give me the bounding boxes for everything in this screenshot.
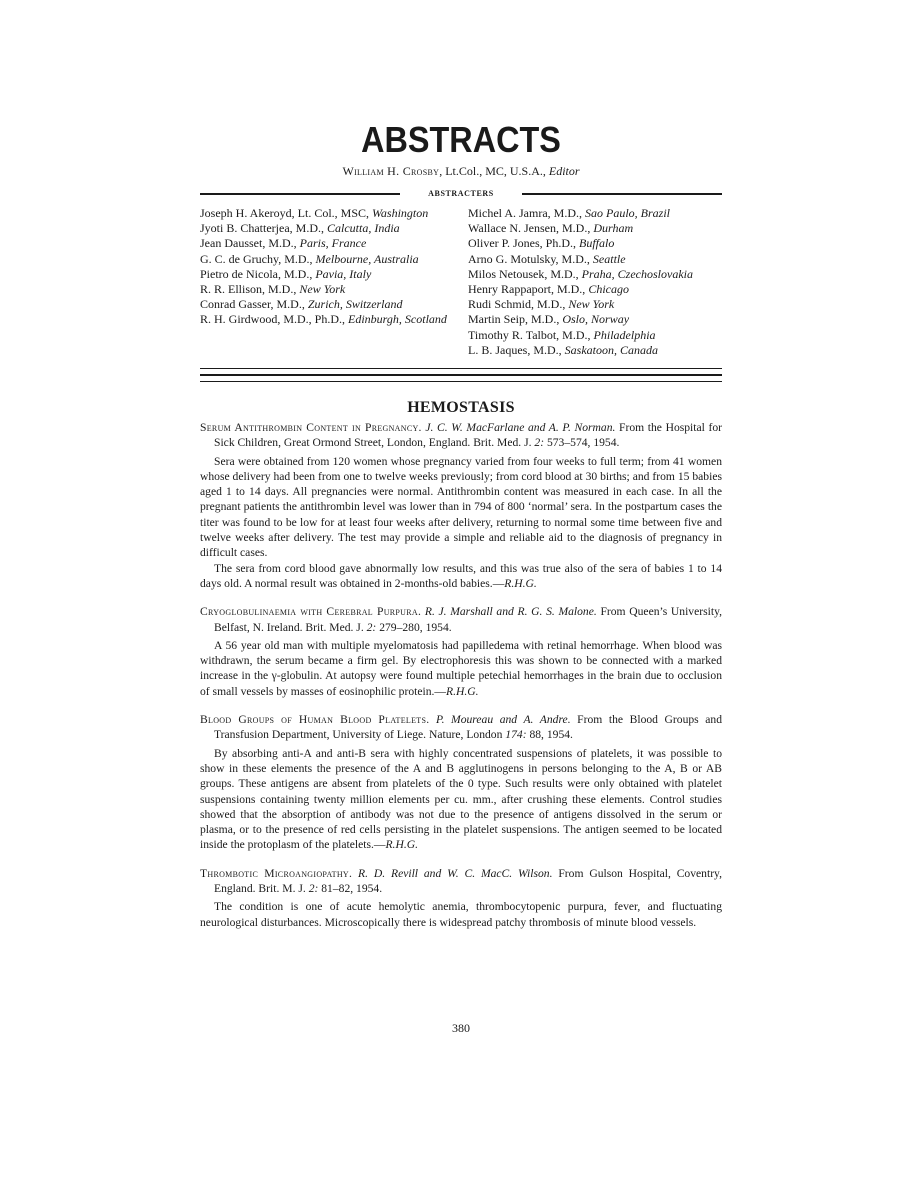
abstracter-entry: Timothy R. Talbot, M.D., Philadelphia (468, 328, 728, 343)
abstracter-place: Philadelphia (594, 328, 656, 342)
article-citation: Cryoglobulinaemia with Cerebral Purpura.… (200, 604, 722, 635)
article-paragraph: A 56 year old man with multiple myelomat… (200, 638, 722, 699)
abstracter-name: Joseph H. Akeroyd, Lt. Col., MSC, (200, 206, 372, 220)
page-title: ABSTRACTS (226, 120, 696, 160)
abstracter-entry: Martin Seip, M.D., Oslo, Norway (468, 312, 728, 327)
rule-thin-bottom (200, 381, 722, 382)
section-heading: HEMOSTASIS (200, 399, 722, 417)
abstracter-place: Praha, Czechoslovakia (582, 267, 693, 281)
rule-line-right (522, 193, 722, 195)
article-citation: Serum Antithrombin Content in Pregnancy.… (200, 420, 722, 451)
abstracter-place: Oslo, Norway (562, 312, 629, 326)
abstracter-entry: Joseph H. Akeroyd, Lt. Col., MSC, Washin… (200, 206, 462, 221)
abstracter-name: Henry Rappaport, M.D., (468, 282, 588, 296)
abstracter-name: Oliver P. Jones, Ph.D., (468, 236, 579, 250)
abstracter-place: Pavia, Italy (315, 267, 371, 281)
article-pages: 573–574, 1954. (544, 436, 619, 449)
article-citation: Blood Groups of Human Blood Platelets. P… (200, 712, 722, 743)
abstracter-signature: R.H.G. (446, 685, 479, 698)
abstracter-entry: L. B. Jaques, M.D., Saskatoon, Canada (468, 343, 728, 358)
article-title: Blood Groups of Human Blood Platelets. (200, 713, 429, 726)
abstracter-place: Chicago (588, 282, 629, 296)
article-volume: 2: (367, 621, 377, 634)
abstracter-entry: Oliver P. Jones, Ph.D., Buffalo (468, 236, 728, 251)
article-paragraph: By absorbing anti-A and anti-B sera with… (200, 746, 722, 853)
abstracter-place: Buffalo (579, 236, 614, 250)
article: Cryoglobulinaemia with Cerebral Purpura.… (200, 604, 722, 699)
article-title: Thrombotic Microangiopathy. (200, 867, 352, 880)
abstracter-place: Calcutta, India (327, 221, 400, 235)
abstracter-name: Wallace N. Jensen, M.D., (468, 221, 593, 235)
abstracter-place: Seattle (593, 252, 626, 266)
abstracter-place: Zurich, Switzerland (308, 297, 403, 311)
article-title: Serum Antithrombin Content in Pregnancy. (200, 421, 422, 434)
abstracter-entry: Milos Netousek, M.D., Praha, Czechoslova… (468, 267, 728, 282)
abstracter-entry: Rudi Schmid, M.D., New York (468, 297, 728, 312)
abstracter-entry: Arno G. Motulsky, M.D., Seattle (468, 252, 728, 267)
abstracter-entry: Conrad Gasser, M.D., Zurich, Switzerland (200, 297, 462, 312)
paragraph-text: The sera from cord blood gave abnormally… (200, 562, 722, 590)
article-pages: 88, 1954. (527, 728, 573, 741)
abstracter-name: R. H. Girdwood, M.D., Ph.D., (200, 312, 348, 326)
abstracter-entry: Michel A. Jamra, M.D., Sao Paulo, Brazil (468, 206, 728, 221)
article-authors: R. J. Marshall and R. G. S. Malone. (425, 605, 597, 618)
abstracter-entry: Wallace N. Jensen, M.D., Durham (468, 221, 728, 236)
abstracter-signature: R.H.G. (385, 838, 418, 851)
rule-thick (200, 374, 722, 376)
abstracter-place: Melbourne, Australia (316, 252, 419, 266)
rule-thin-top (200, 368, 722, 369)
article-volume: 2: (534, 436, 544, 449)
article: Thrombotic Microangiopathy. R. D. Revill… (200, 866, 722, 930)
abstracter-entry: Jean Dausset, M.D., Paris, France (200, 236, 462, 251)
abstracter-place: New York (568, 297, 614, 311)
abstracter-place: Washington (372, 206, 428, 220)
abstracter-place: Saskatoon, Canada (565, 343, 658, 357)
abstracter-place: Durham (593, 221, 633, 235)
abstracter-place: New York (299, 282, 345, 296)
abstracters-column-right: Michel A. Jamra, M.D., Sao Paulo, Brazil… (468, 206, 728, 358)
abstracter-name: Martin Seip, M.D., (468, 312, 562, 326)
abstracter-place: Sao Paulo, Brazil (585, 206, 670, 220)
abstracter-name: Jyoti B. Chatterjea, M.D., (200, 221, 327, 235)
editor-rank: , Lt.Col., MC, U.S.A., (439, 164, 549, 178)
article-pages: 279–280, 1954. (376, 621, 451, 634)
abstracter-name: Rudi Schmid, M.D., (468, 297, 568, 311)
article-pages: 81–82, 1954. (318, 882, 382, 895)
article-volume: 2: (309, 882, 319, 895)
abstracter-name: Michel A. Jamra, M.D., (468, 206, 585, 220)
abstracter-name: Pietro de Nicola, M.D., (200, 267, 315, 281)
article-list: Serum Antithrombin Content in Pregnancy.… (200, 420, 722, 930)
paragraph-text: By absorbing anti-A and anti-B sera with… (200, 747, 722, 852)
triple-rule-divider (200, 367, 722, 385)
abstracter-name: G. C. de Gruchy, M.D., (200, 252, 316, 266)
abstracter-signature: R.H.G. (504, 577, 537, 590)
abstracter-entry: R. R. Ellison, M.D., New York (200, 282, 462, 297)
abstracter-name: Milos Netousek, M.D., (468, 267, 582, 281)
abstracter-name: Arno G. Motulsky, M.D., (468, 252, 593, 266)
abstracter-name: Conrad Gasser, M.D., (200, 297, 308, 311)
article: Blood Groups of Human Blood Platelets. P… (200, 712, 722, 853)
article-paragraph: The sera from cord blood gave abnormally… (200, 561, 722, 592)
editor-role: Editor (549, 164, 580, 178)
editor-line: William H. Crosby, Lt.Col., MC, U.S.A., … (200, 164, 722, 178)
abstracter-entry: Henry Rappaport, M.D., Chicago (468, 282, 728, 297)
article-authors: R. D. Revill and W. C. MacC. Wilson. (358, 867, 552, 880)
abstracter-entry: Jyoti B. Chatterjea, M.D., Calcutta, Ind… (200, 221, 462, 236)
abstracters-divider: ABSTRACTERS (200, 188, 722, 200)
article-volume: 174: (505, 728, 526, 741)
article: Serum Antithrombin Content in Pregnancy.… (200, 420, 722, 591)
article-citation: Thrombotic Microangiopathy. R. D. Revill… (200, 866, 722, 897)
abstracter-name: R. R. Ellison, M.D., (200, 282, 299, 296)
article-authors: J. C. W. MacFarlane and A. P. Norman. (425, 421, 615, 434)
abstracter-name: L. B. Jaques, M.D., (468, 343, 565, 357)
page-number: 380 (200, 1021, 722, 1035)
abstracter-place: Paris, France (300, 236, 367, 250)
abstracters-column-left: Joseph H. Akeroyd, Lt. Col., MSC, Washin… (200, 206, 462, 328)
editor-name: William H. Crosby (342, 164, 439, 178)
abstracter-entry: G. C. de Gruchy, M.D., Melbourne, Austra… (200, 252, 462, 267)
article-authors: P. Moureau and A. Andre. (436, 713, 571, 726)
abstracter-entry: Pietro de Nicola, M.D., Pavia, Italy (200, 267, 462, 282)
abstracter-name: Jean Dausset, M.D., (200, 236, 300, 250)
abstracter-place: Edinburgh, Scotland (348, 312, 447, 326)
article-paragraph: Sera were obtained from 120 women whose … (200, 454, 722, 561)
abstracter-entry: R. H. Girdwood, M.D., Ph.D., Edinburgh, … (200, 312, 462, 327)
article-title: Cryoglobulinaemia with Cerebral Purpura. (200, 605, 421, 618)
abstracter-name: Timothy R. Talbot, M.D., (468, 328, 594, 342)
article-paragraph: The condition is one of acute hemolytic … (200, 899, 722, 930)
